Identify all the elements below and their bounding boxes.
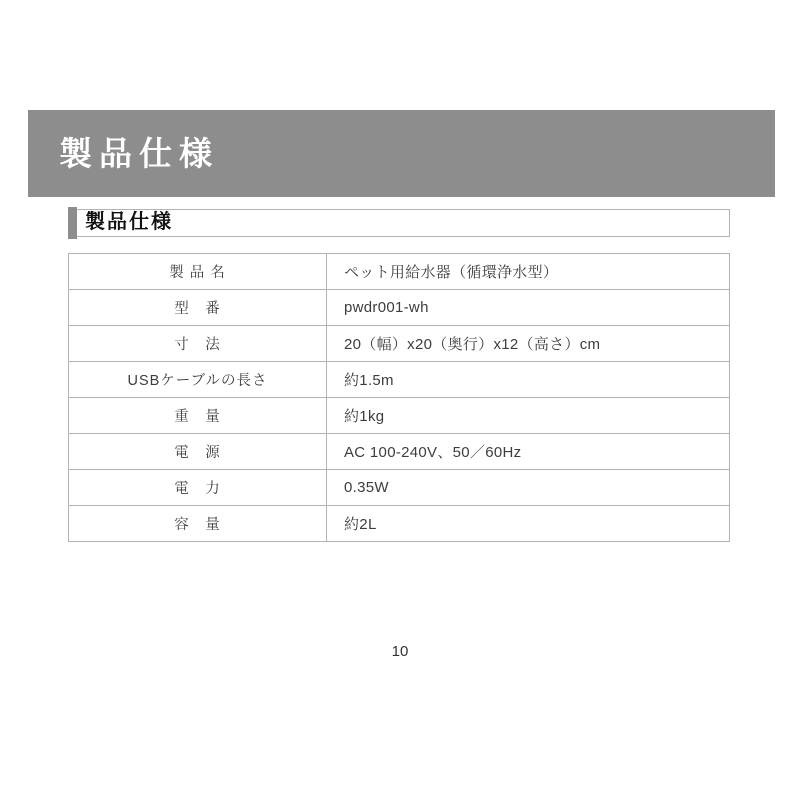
spec-value: 20（幅）x20（奥行）x12（高さ）cm [327, 326, 730, 362]
table-row: 容 量 約2L [69, 506, 730, 542]
spec-label: 重 量 [69, 398, 327, 434]
table-row: USBケーブルの長さ 約1.5m [69, 362, 730, 398]
table-row: 製 品 名 ペット用給水器（循環浄水型） [69, 254, 730, 290]
table-row: 電 源 AC 100-240V、50／60Hz [69, 434, 730, 470]
spec-value: 0.35W [327, 470, 730, 506]
table-row: 型 番 pwdr001-wh [69, 290, 730, 326]
section-accent-bar [68, 207, 77, 239]
section-header: 製品仕様 [68, 209, 730, 237]
spec-label: 電 力 [69, 470, 327, 506]
spec-label: 容 量 [69, 506, 327, 542]
spec-value: 約2L [327, 506, 730, 542]
table-row: 電 力 0.35W [69, 470, 730, 506]
spec-table: 製 品 名 ペット用給水器（循環浄水型） 型 番 pwdr001-wh 寸 法 … [68, 253, 730, 542]
spec-label: 電 源 [69, 434, 327, 470]
spec-value: 約1.5m [327, 362, 730, 398]
table-row: 寸 法 20（幅）x20（奥行）x12（高さ）cm [69, 326, 730, 362]
page-title: 製品仕様 [28, 128, 219, 175]
spec-label: 寸 法 [69, 326, 327, 362]
spec-value: AC 100-240V、50／60Hz [327, 434, 730, 470]
spec-value: ペット用給水器（循環浄水型） [327, 254, 730, 290]
section-title: 製品仕様 [85, 209, 173, 236]
page-title-banner: 製品仕様 [28, 110, 775, 197]
spec-label: 型 番 [69, 290, 327, 326]
table-row: 重 量 約1kg [69, 398, 730, 434]
page-number: 10 [0, 643, 800, 660]
spec-label: 製 品 名 [69, 254, 327, 290]
spec-label: USBケーブルの長さ [69, 362, 327, 398]
spec-value: 約1kg [327, 398, 730, 434]
spec-value: pwdr001-wh [327, 290, 730, 326]
